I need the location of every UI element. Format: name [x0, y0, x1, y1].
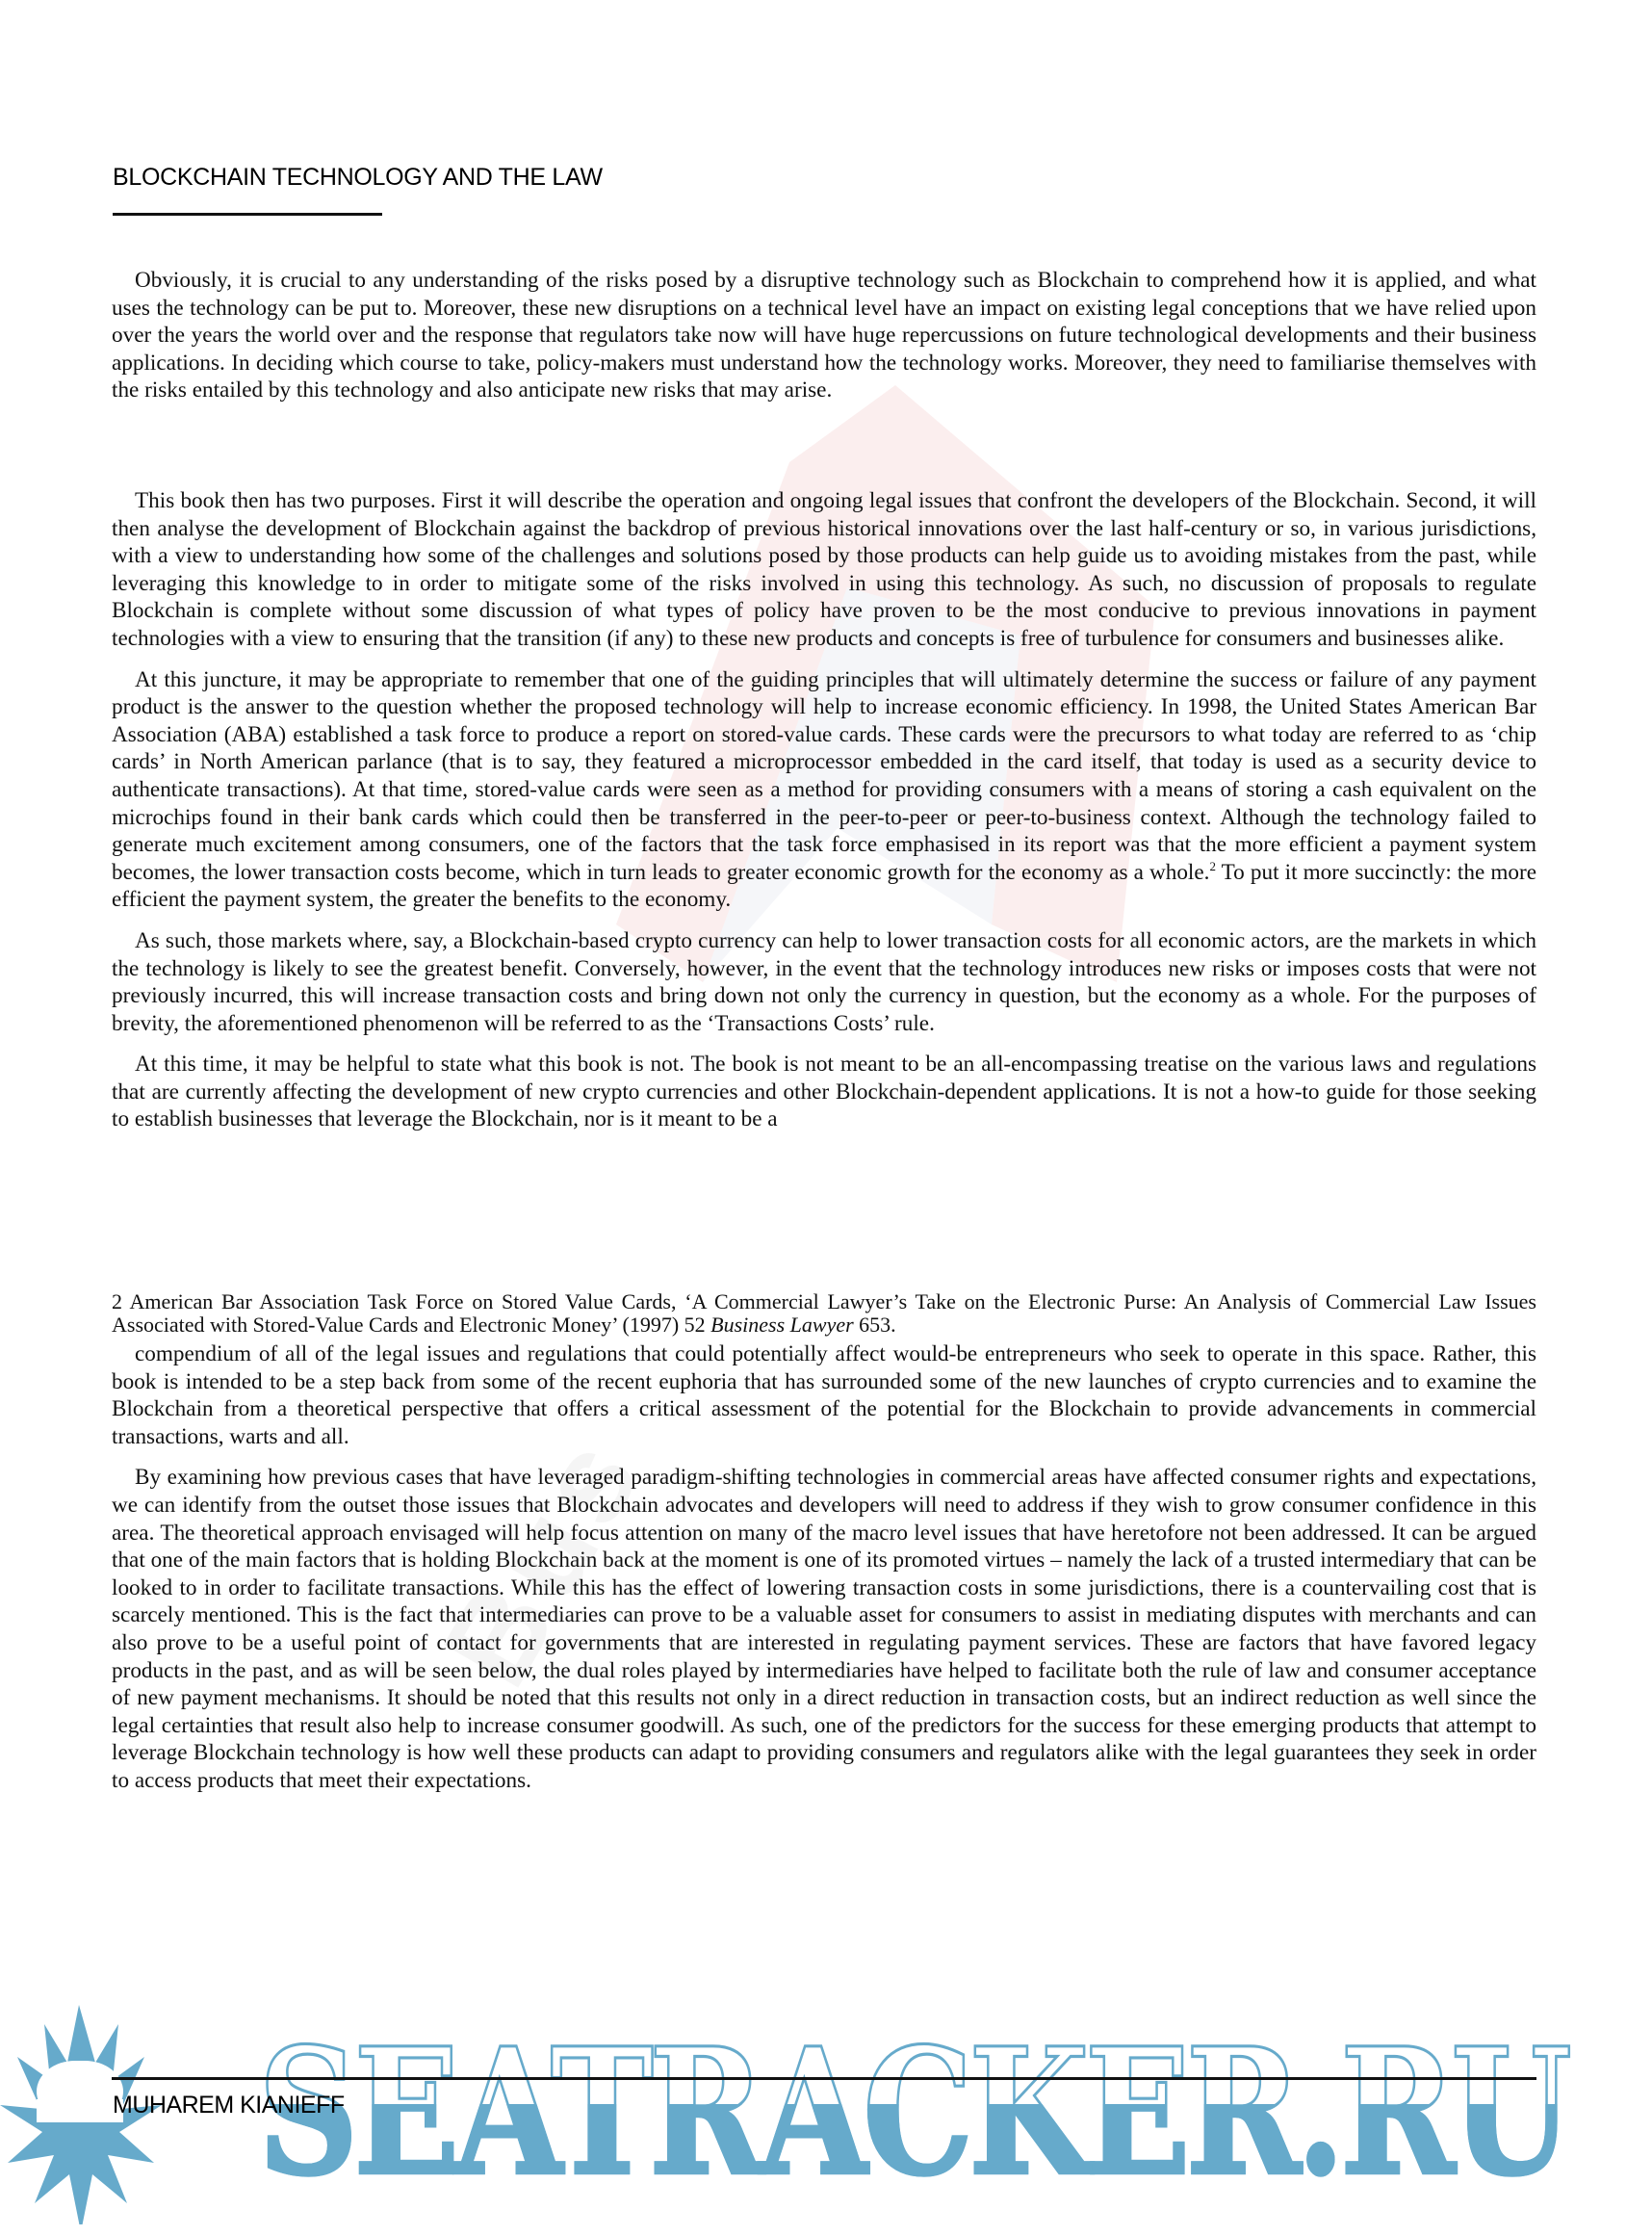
body-section-2: This book then has two purposes. First i… [112, 487, 1536, 1133]
paragraph: At this juncture, it may be appropriate … [112, 666, 1536, 914]
paragraph: Obviously, it is crucial to any understa… [112, 267, 1536, 404]
paragraph: As such, those markets where, say, a Blo… [112, 927, 1536, 1037]
footnote: 2 American Bar Association Task Force on… [112, 1290, 1536, 1337]
paragraph: compendium of all of the legal issues an… [112, 1340, 1536, 1450]
paragraph: This book then has two purposes. First i… [112, 487, 1536, 653]
header-rule [113, 213, 382, 216]
footnote-number: 2 [112, 1289, 122, 1313]
body-section-3: compendium of all of the legal issues an… [112, 1340, 1536, 1795]
document-page: Bus BLOCKCHAIN TECHNOLOGY AND THE LAW Ob… [0, 0, 1652, 2236]
paragraph: By examining how previous cases that hav… [112, 1464, 1536, 1794]
running-title: BLOCKCHAIN TECHNOLOGY AND THE LAW [113, 164, 603, 192]
paragraph: At this time, it may be helpful to state… [112, 1051, 1536, 1133]
body-section-1: Obviously, it is crucial to any understa… [112, 267, 1536, 404]
footer-rule [112, 2077, 1536, 2080]
author-name: MUHAREM KIANIEFF [113, 2092, 345, 2119]
journal-title: Business Lawyer [710, 1313, 854, 1337]
site-watermark: SEATRACKER.RU [258, 2041, 1567, 2183]
